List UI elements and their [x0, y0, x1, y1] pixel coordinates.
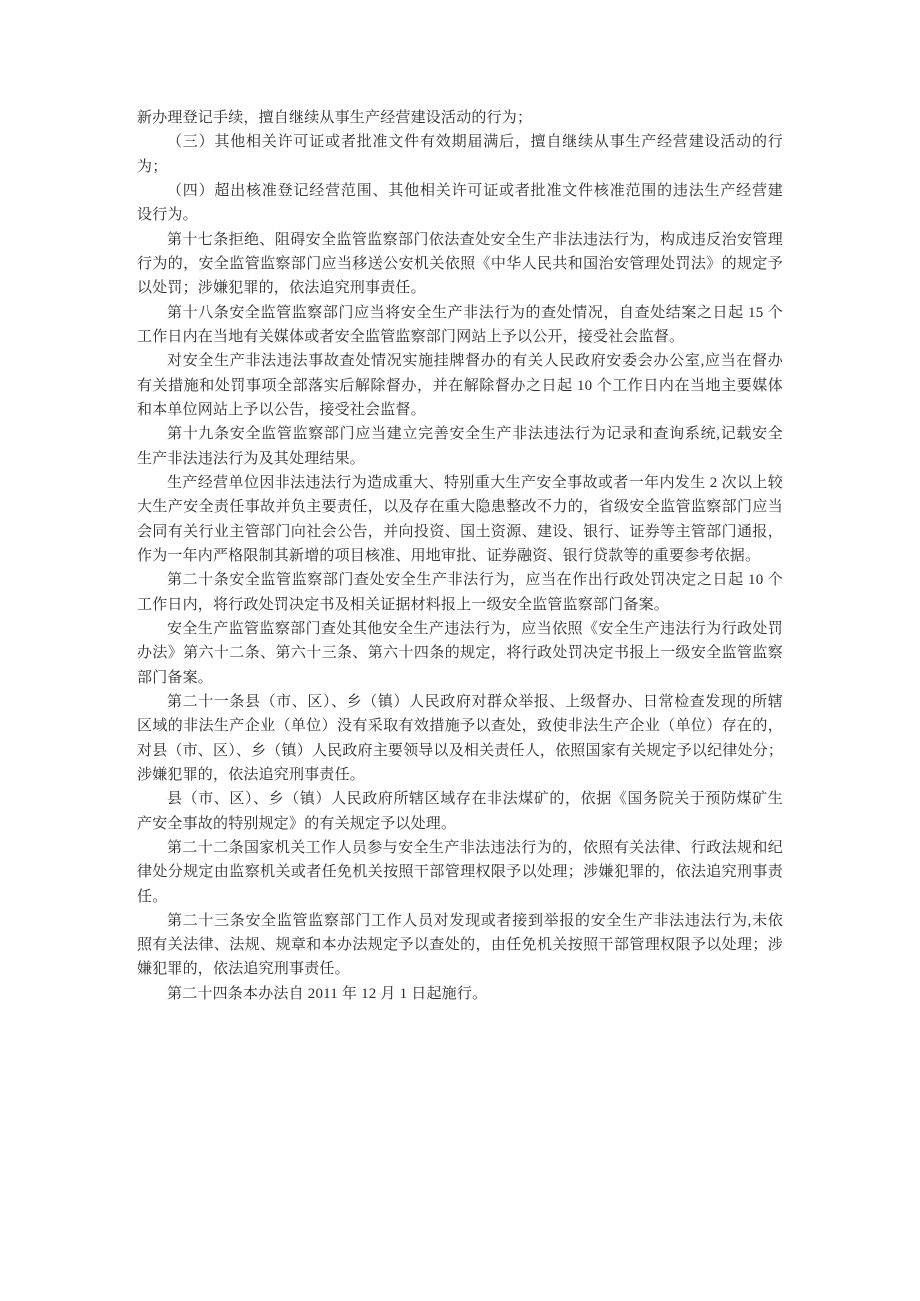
doc-line: 第二十三条安全监管监察部门工作人员对发现或者接到举报的安全生产非法违法行为,未依 — [137, 909, 783, 933]
doc-line: （四）超出核准登记经营范围、其他相关许可证或者批准文件核准范围的违法生产经营建 — [137, 179, 783, 203]
doc-line: 为； — [137, 155, 783, 179]
doc-line: 涉嫌犯罪的，依法追究刑事责任。 — [137, 763, 783, 787]
doc-line: （三）其他相关许可证或者批准文件有效期届满后，擅自继续从事生产经营建设活动的行 — [137, 130, 783, 154]
doc-line: 任。 — [137, 885, 783, 909]
doc-line: 第二十条安全监管监察部门查处安全生产非法行为，应当在作出行政处罚决定之日起 10… — [137, 568, 783, 592]
doc-line: 县（市、区）、乡（镇）人民政府所辖区域存在非法煤矿的，依据《国务院关于预防煤矿生 — [137, 787, 783, 811]
doc-line: 照有关法律、法规、规章和本办法规定予以查处的，由任免机关按照干部管理权限予以处理… — [137, 933, 783, 957]
doc-line: 有关措施和处罚事项全部落实后解除督办，并在解除督办之日起 10 个工作日内在当地… — [137, 374, 783, 398]
doc-line: 律处分规定由监察机关或者任免机关按照干部管理权限予以处理；涉嫌犯罪的，依法追究刑… — [137, 860, 783, 884]
doc-line: 作为一年内严格限制其新增的项目核准、用地审批、证券融资、银行贷款等的重要参考依据… — [137, 544, 783, 568]
doc-line: 第二十四条本办法自 2011 年 12 月 1 日起施行。 — [137, 982, 783, 1006]
doc-line: 产安全事故的特别规定》的有关规定予以处理。 — [137, 812, 783, 836]
doc-line: 第二十一条县（市、区）、乡（镇）人民政府对群众举报、上级督办、日常检查发现的所辖 — [137, 690, 783, 714]
doc-line: 办法》第六十二条、第六十三条、第六十四条的规定，将行政处罚决定书报上一级安全监管… — [137, 641, 783, 665]
doc-line: 生产经营单位因非法违法行为造成重大、特别重大生产安全事故或者一年内发生 2 次以… — [137, 471, 783, 495]
doc-line: 对安全生产非法违法事故查处情况实施挂牌督办的有关人民政府安委会办公室,应当在督办 — [137, 349, 783, 373]
doc-line: 会同有关行业主管部门向社会公告，并向投资、国土资源、建设、银行、证券等主管部门通… — [137, 520, 783, 544]
doc-line: 工作日内在当地有关媒体或者安全监管监察部门网站上予以公开，接受社会监督。 — [137, 325, 783, 349]
doc-line: 部门备案。 — [137, 666, 783, 690]
document-page: 新办理登记手续，擅自继续从事生产经营建设活动的行为； （三）其他相关许可证或者批… — [0, 0, 920, 1301]
doc-line: 和本单位网站上予以公告，接受社会监督。 — [137, 398, 783, 422]
doc-line: 嫌犯罪的，依法追究刑事责任。 — [137, 957, 783, 981]
doc-line: 第二十二条国家机关工作人员参与安全生产非法违法行为的，依照有关法律、行政法规和纪 — [137, 836, 783, 860]
doc-line: 以处罚；涉嫌犯罪的，依法追究刑事责任。 — [137, 276, 783, 300]
doc-line: 生产非法违法行为及其处理结果。 — [137, 447, 783, 471]
doc-line: 区域的非法生产企业（单位）没有采取有效措施予以查处，致使非法生产企业（单位）存在… — [137, 714, 783, 738]
doc-line: 第十九条安全监管监察部门应当建立完善安全生产非法违法行为记录和查询系统,记载安全 — [137, 422, 783, 446]
doc-line: 对县（市、区）、乡（镇）人民政府主要领导以及相关责任人，依照国家有关规定予以纪律… — [137, 739, 783, 763]
doc-line: 第十七条拒绝、阻碍安全监管监察部门依法查处安全生产非法违法行为，构成违反治安管理 — [137, 228, 783, 252]
doc-line: 新办理登记手续，擅自继续从事生产经营建设活动的行为； — [137, 106, 783, 130]
doc-line: 大生产安全责任事故并负主要责任，以及存在重大隐患整改不力的，省级安全监管监察部门… — [137, 495, 783, 519]
doc-line: 设行为。 — [137, 203, 783, 227]
doc-line: 工作日内，将行政处罚决定书及相关证据材料报上一级安全监管监察部门备案。 — [137, 593, 783, 617]
doc-line: 第十八条安全监管监察部门应当将安全生产非法行为的查处情况，自查处结案之日起 15… — [137, 301, 783, 325]
doc-line: 行为的，安全监管监察部门应当移送公安机关依照《中华人民共和国治安管理处罚法》的规… — [137, 252, 783, 276]
doc-line: 安全生产监管监察部门查处其他安全生产违法行为，应当依照《安全生产违法行为行政处罚 — [137, 617, 783, 641]
document-text-block: 新办理登记手续，擅自继续从事生产经营建设活动的行为； （三）其他相关许可证或者批… — [137, 106, 783, 1006]
